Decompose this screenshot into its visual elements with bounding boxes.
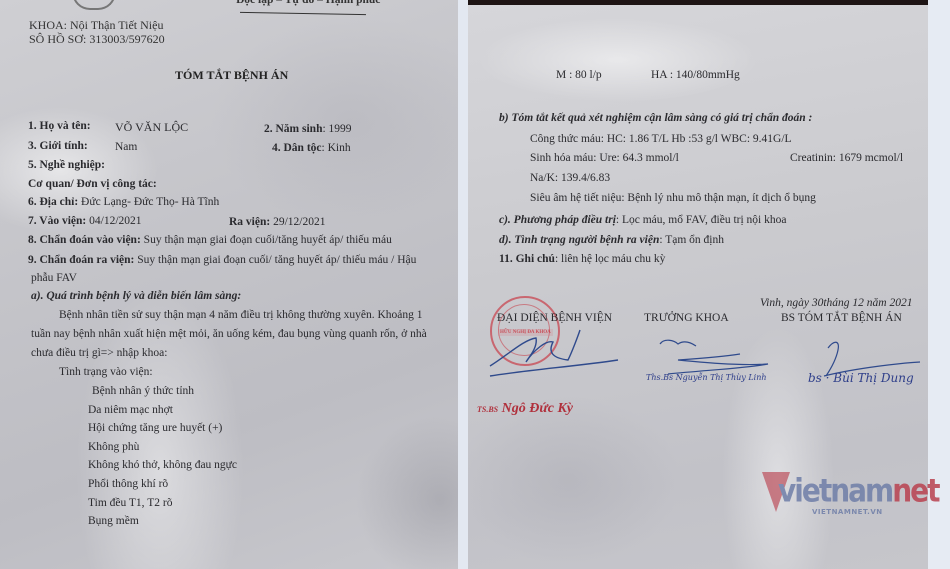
admission-label: 7. Vào viện: [28,215,86,227]
paragraph-line: chưa điều trị gì=> nhập khoa: [31,347,167,359]
watermark-brand: vietnamnet [778,472,939,510]
discharge-diagnosis-cont: phẫu FAV [31,272,77,284]
address-row: 6. Địa chỉ: Đức Lạng- Đức Thọ- Hà Tĩnh [28,196,219,208]
address-label: 6. Địa chỉ: [28,196,78,208]
discharge-row: Ra viện: 29/12/2021 [229,216,325,228]
notes: 11. Ghi chú: liên hệ lọc máu chu kỳ [499,253,665,265]
hospital-emblem-icon [72,0,116,10]
discharge-diagnosis-row: 9. Chẩn đoán ra viện: Suy thận mạn giai … [28,254,416,266]
blood-biochemistry: Sinh hóa máu: Ure: 64.3 mmol/l [530,152,679,164]
discharge-diagnosis-label: 9. Chẩn đoán ra viện: [28,254,134,266]
name-value: VÕ VĂN LỘC [115,120,188,135]
blood-count: Công thức máu: HC: 1.86 T/L Hb :53 g/l W… [530,133,792,145]
document-title: TÓM TẮT BỆNH ÁN [175,68,288,83]
section-c: c). Phương pháp điều trị: Lọc máu, mổ FA… [499,214,786,226]
admission-row: 7. Vào viện: 04/12/2021 [28,215,142,227]
discharge-status-value: : Tạm ổn định [659,234,724,246]
hospital-rep-name: TS.BS Ngô Đức Kỳ [477,401,573,417]
workplace-label: Cơ quan/ Đơn vị công tác: [28,178,157,190]
admission-diagnosis-label: 8. Chẩn đoán vào viện: [28,234,141,246]
document-page-left: Độc lập – Tự do – Hạnh phúc KHOA: Nội Th… [0,0,458,569]
urinary-ultrasound: Siêu âm hệ tiết niệu: Bệnh lý nhu mô thậ… [530,192,816,204]
pulse: M : 80 l/p [556,69,602,81]
status-item: Không phù [88,441,139,453]
paragraph-line: Bệnh nhân tiền sử suy thận mạn 4 năm điề… [59,309,423,321]
vietnamnet-watermark: vietnamnet VIETNAMNET.VN [762,470,902,530]
name-label: 1. Họ và tên: [28,120,91,132]
status-item: Phổi thông khí rõ [88,478,168,490]
name-row: 1. Họ và tên: [28,120,91,132]
address-value: Đức Lạng- Đức Thọ- Hà Tĩnh [81,196,219,208]
national-motto: Độc lập – Tự do – Hạnh phúc [236,0,380,6]
notes-value: : liên hệ lọc máu chu kỳ [555,253,666,265]
blood-pressure: HA : 140/80mmHg [651,69,740,81]
electrolytes: Na/K: 139.4/6.83 [530,172,610,184]
birth-year-label: 2. Năm sinh [264,123,322,135]
creatinin: Creatinin: 1679 mcmol/l [790,152,903,164]
admission-diagnosis-value: Suy thận mạn giai đoạn cuối/tăng huyết á… [144,234,392,246]
watermark-url: VIETNAMNET.VN [812,508,883,516]
page-divider [458,0,468,569]
discharge-value: 29/12/2021 [273,216,325,228]
discharge-label: Ra viện: [229,216,270,228]
admission-status-heading: Tình trạng vào viện: [59,366,153,378]
section-d: d). Tình trạng người bệnh ra viện: Tạm ổ… [499,234,724,246]
ethnicity-value: : Kinh [322,142,351,154]
ethnicity-row: 4. Dân tộc: Kinh [272,142,351,154]
gender-value: Nam [115,141,137,153]
status-item: Hội chứng tăng ure huyết (+) [88,422,222,434]
paragraph-line: tuần nay bệnh nhân xuất hiện mệt mỏi, ăn… [31,328,427,340]
gender-row: 3. Giới tính: [28,140,88,152]
status-item: Bụng mềm [88,515,139,527]
head-of-dept-name: Ths.Bs Nguyễn Thị Thùy Linh [646,373,767,382]
ethnicity-label: 4. Dân tộc [272,142,322,154]
discharge-diagnosis-value: Suy thận mạn giai đoạn cuối/ tăng huyết … [137,254,416,266]
gender-label: 3. Giới tính: [28,140,88,152]
discharge-status-label: d). Tình trạng người bệnh ra viện [499,234,659,246]
admission-value: 04/12/2021 [89,215,141,227]
status-item: Tim đều T1, T2 rõ [88,497,172,509]
hospital-rep-name-text: Ngô Đức Kỳ [502,401,573,416]
motto-underline [240,12,366,15]
notes-label: 11. Ghi chú [499,253,555,265]
treatment-value: : Lọc máu, mổ FAV, điều trị nội khoa [616,214,787,226]
section-b-heading: b) Tóm tắt kết quả xét nghiệm cận lâm sà… [499,112,812,124]
status-item: Không khó thở, không đau ngực [88,459,237,471]
status-item: Bệnh nhân ý thức tỉnh [92,385,194,397]
treatment-label: c). Phương pháp điều trị [499,214,616,226]
birth-year-row: 2. Năm sinh: 1999 [264,123,352,135]
hospital-rep-name-prefix: TS.BS [477,405,498,414]
watermark-brand-accent: net [892,472,938,510]
occupation-label: 5. Nghề nghiệp: [28,159,105,171]
dark-background-edge [468,0,928,5]
department: KHOA: Nội Thận Tiết Niệu [29,18,163,33]
birth-year-value: : 1999 [322,123,351,135]
section-a-heading: a). Quá trình bệnh lý và diễn biến lâm s… [31,290,241,302]
signature-strokes-icon [468,300,928,380]
watermark-brand-main: vietnam [778,472,892,510]
summary-doctor-name: bs · Bùi Thị Dung [808,371,914,385]
admission-diagnosis-row: 8. Chẩn đoán vào viện: Suy thận mạn giai… [28,234,392,246]
status-item: Da niêm mạc nhợt [88,404,173,416]
record-number: SÔ HỒ SƠ: 313003/597620 [29,32,165,47]
